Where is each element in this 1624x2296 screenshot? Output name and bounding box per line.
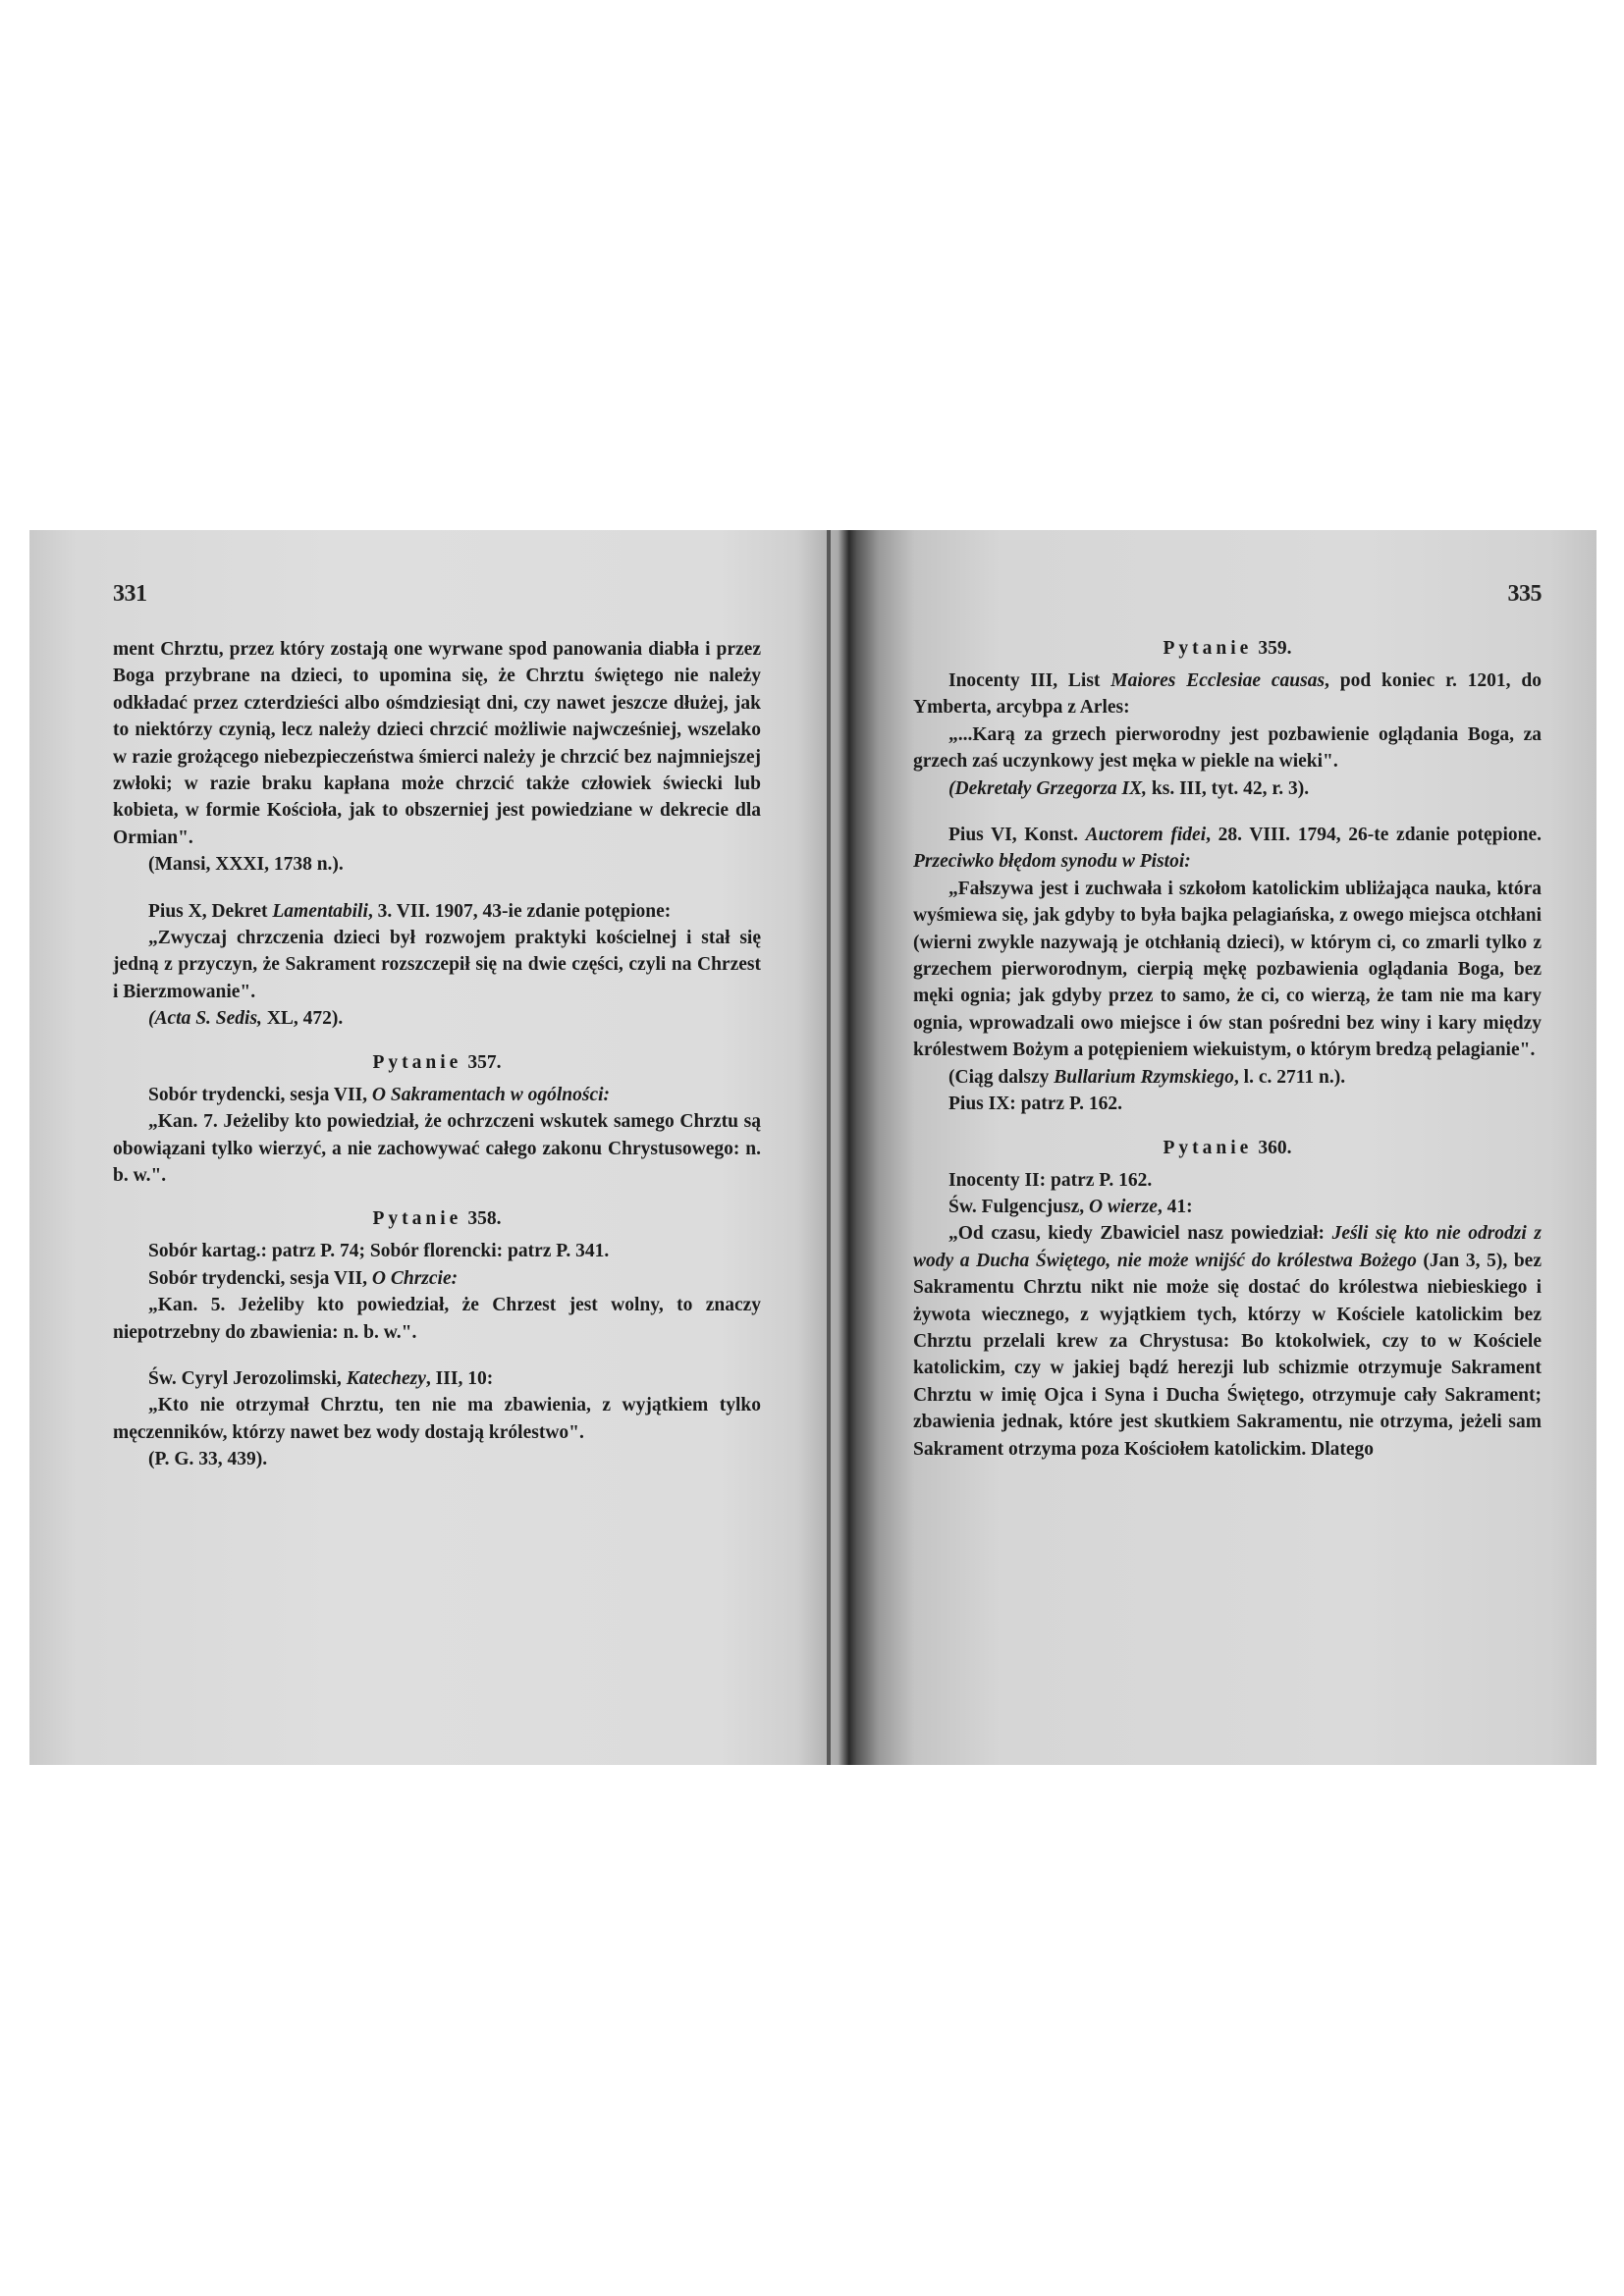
paragraph: Sobór trydencki, sesja VII, O Sakramenta… [113, 1082, 761, 1108]
paragraph: Pius VI, Konst. Auctorem fidei, 28. VIII… [913, 822, 1542, 876]
paragraph: Sobór kartag.: patrz P. 74; Sobór floren… [113, 1238, 761, 1264]
citation: (Acta S. Sedis, XL, 472). [113, 1005, 761, 1032]
paragraph: Pius IX: patrz P. 162. [913, 1091, 1542, 1117]
book-spread-scan: 331 ment Chrztu, przez który zostają one… [29, 530, 1597, 1765]
paragraph: Inocenty III, List Maiores Ecclesiae cau… [913, 667, 1542, 721]
book-gutter [827, 530, 831, 1765]
quotation: „Od czasu, kiedy Zbawiciel nasz powiedzi… [913, 1220, 1542, 1463]
left-page: 331 ment Chrztu, przez który zostają one… [113, 530, 761, 1765]
left-page-body: ment Chrztu, przez który zostają one wyr… [113, 636, 761, 1473]
citation: (Mansi, XXXI, 1738 n.). [113, 851, 761, 878]
quotation: „Zwyczaj chrzczenia dzieci był rozwojem … [113, 925, 761, 1005]
paragraph: Pius X, Dekret Lamentabili, 3. VII. 1907… [113, 898, 761, 925]
citation: (P. G. 33, 439). [113, 1446, 761, 1472]
paragraph: ment Chrztu, przez który zostają one wyr… [113, 636, 761, 851]
section-heading-359: Pytanie359. [913, 638, 1542, 660]
right-page-body: Pytanie359. Inocenty III, List Maiores E… [913, 636, 1542, 1463]
paragraph: Inocenty II: patrz P. 162. [913, 1167, 1542, 1194]
citation: (Ciąg dalszy Bullarium Rzymskiego, l. c.… [913, 1064, 1542, 1091]
right-page: 335 Pytanie359. Inocenty III, List Maior… [913, 530, 1542, 1765]
paragraph: Św. Fulgencjusz, O wierze, 41: [913, 1194, 1542, 1220]
quotation: „...Karą za grzech pierworodny jest pozb… [913, 721, 1542, 775]
page-number-left: 331 [113, 581, 147, 608]
quotation: „Fałszywa jest i zuchwała i szkołom kato… [913, 876, 1542, 1064]
section-heading-357: Pytanie357. [113, 1052, 761, 1074]
citation: (Dekretały Grzegorza IX, ks. III, tyt. 4… [913, 775, 1542, 802]
section-heading-360: Pytanie360. [913, 1138, 1542, 1159]
section-heading-358: Pytanie358. [113, 1208, 761, 1230]
paragraph: Sobór trydencki, sesja VII, O Chrzcie: [113, 1265, 761, 1292]
quotation: „Kan. 7. Jeżeliby kto powiedział, że och… [113, 1108, 761, 1189]
quotation: „Kan. 5. Jeżeliby kto powiedział, że Chr… [113, 1292, 761, 1346]
page-number-right: 335 [1508, 581, 1543, 608]
paragraph: Św. Cyryl Jerozolimski, Katechezy, III, … [113, 1365, 761, 1392]
quotation: „Kto nie otrzymał Chrztu, ten nie ma zba… [113, 1392, 761, 1446]
